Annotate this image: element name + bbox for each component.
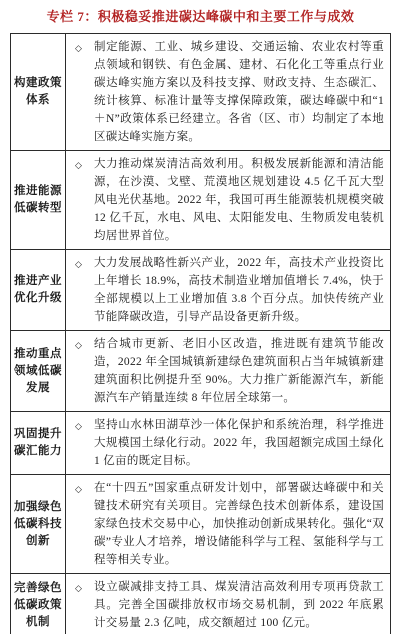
diamond-bullet-icon: ◇ — [75, 578, 94, 597]
row-category-carbon-sink: 巩固提升碳汇能力 — [11, 412, 66, 474]
diamond-bullet-icon: ◇ — [75, 479, 94, 498]
row-content-cell: ◇ 结合城市更新、老旧小区改造，推进既有建筑节能改造，2022 年全国城镇新建绿… — [66, 331, 390, 411]
row-content-cell: ◇ 坚持山水林田湖草沙一体化保护和系统治理，科学推进大规模国土绿化行动。2022… — [66, 412, 390, 474]
row-content-text: 制定能源、工业、城乡建设、交通运输、农业农村等重点领域和钢铁、有色金属、建材、石… — [94, 38, 384, 146]
document-page: 专栏 7：积极稳妥推进碳达峰碳中和主要工作与成效 构建政策体系 ◇ 制定能源、工… — [0, 0, 400, 634]
table-row: 推动重点领域低碳发展 ◇ 结合城市更新、老旧小区改造，推进既有建筑节能改造，20… — [11, 330, 390, 411]
row-content-cell: ◇ 制定能源、工业、城乡建设、交通运输、农业农村等重点领域和钢铁、有色金属、建材… — [66, 34, 390, 150]
row-content-cell: ◇ 大力推动煤炭清洁高效利用。积极发展新能源和清洁能源，在沙漠、戈壁、荒漠地区规… — [66, 151, 390, 249]
row-content-cell: ◇ 设立碳减排支持工具、煤炭清洁高效利用专项再贷款工具。完善全国碳排放权市场交易… — [66, 574, 390, 634]
summary-table: 构建政策体系 ◇ 制定能源、工业、城乡建设、交通运输、农业农村等重点领域和钢铁、… — [10, 33, 391, 634]
diamond-bullet-icon: ◇ — [75, 335, 94, 354]
table-row: 构建政策体系 ◇ 制定能源、工业、城乡建设、交通运输、农业农村等重点领域和钢铁、… — [11, 34, 390, 150]
row-content-text: 大力推动煤炭清洁高效利用。积极发展新能源和清洁能源，在沙漠、戈壁、荒漠地区规划建… — [94, 155, 384, 245]
diamond-bullet-icon: ◇ — [75, 416, 94, 435]
row-content-cell: ◇ 大力发展战略性新兴产业，2022 年，高技术产业投资比上年增长 18.9%，… — [66, 250, 390, 330]
diamond-bullet-icon: ◇ — [75, 254, 94, 273]
row-content-cell: ◇ 在“十四五”国家重点研发计划中，部署碳达峰碳中和关键技术研究有关项目。完善绿… — [66, 475, 390, 573]
row-content-text: 大力发展战略性新兴产业，2022 年，高技术产业投资比上年增长 18.9%，高技… — [94, 254, 384, 326]
table-row: 巩固提升碳汇能力 ◇ 坚持山水林田湖草沙一体化保护和系统治理，科学推进大规模国土… — [11, 411, 390, 474]
table-row: 推进产业优化升级 ◇ 大力发展战略性新兴产业，2022 年，高技术产业投资比上年… — [11, 249, 390, 330]
row-content-text: 在“十四五”国家重点研发计划中，部署碳达峰碳中和关键技术研究有关项目。完善绿色技… — [94, 479, 384, 569]
page-title: 专栏 7：积极稳妥推进碳达峰碳中和主要工作与成效 — [10, 8, 391, 26]
row-category-industry-upgrade: 推进产业优化升级 — [11, 250, 66, 330]
table-row: 推进能源低碳转型 ◇ 大力推动煤炭清洁高效利用。积极发展新能源和清洁能源，在沙漠… — [11, 150, 390, 249]
row-category-energy-transition: 推进能源低碳转型 — [11, 151, 66, 249]
row-category-key-areas-lowcarbon: 推动重点领域低碳发展 — [11, 331, 66, 411]
row-content-text: 坚持山水林田湖草沙一体化保护和系统治理，科学推进大规模国土绿化行动。2022 年… — [94, 416, 384, 470]
diamond-bullet-icon: ◇ — [75, 38, 94, 57]
row-category-tech-innovation: 加强绿色低碳科技创新 — [11, 475, 66, 573]
row-category-policy-mechanism: 完善绿色低碳政策机制 — [11, 574, 66, 634]
table-row: 完善绿色低碳政策机制 ◇ 设立碳减排支持工具、煤炭清洁高效利用专项再贷款工具。完… — [11, 573, 390, 634]
row-content-text: 设立碳减排支持工具、煤炭清洁高效利用专项再贷款工具。完善全国碳排放权市场交易机制… — [94, 578, 384, 632]
row-category-policy-system: 构建政策体系 — [11, 34, 66, 150]
diamond-bullet-icon: ◇ — [75, 155, 94, 174]
row-content-text: 结合城市更新、老旧小区改造，推进既有建筑节能改造，2022 年全国城镇新建绿色建… — [94, 335, 384, 407]
table-row: 加强绿色低碳科技创新 ◇ 在“十四五”国家重点研发计划中，部署碳达峰碳中和关键技… — [11, 474, 390, 573]
